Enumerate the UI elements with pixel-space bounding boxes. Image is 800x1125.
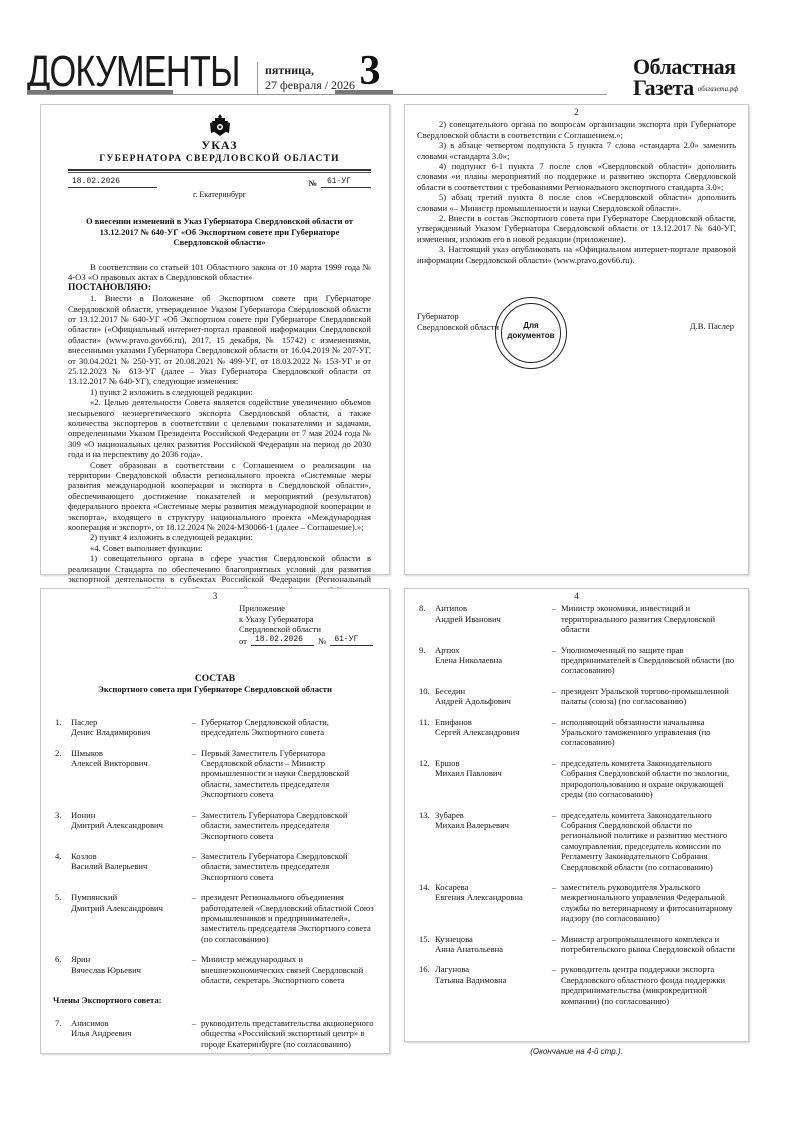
dash: – [547,717,561,748]
member-role: руководитель представительства акционерн… [201,1018,377,1049]
dash: – [547,934,561,955]
dash: – [547,603,561,634]
decree-title: О внесении изменений в Указ Губернатора … [78,216,361,248]
member-row: 15.КузнецоваАнна Анатольевна–Министр агр… [417,934,736,955]
number-sign: № [308,178,317,188]
document-page-2: 2 2) совещательного органа по вопросам о… [404,104,749,575]
coat-of-arms-icon [209,113,231,137]
page-number-underline [335,90,393,94]
member-row: 14.КосареваЕвгения Александровна–замести… [417,882,736,924]
member-role: исполняющий обязанности начальника Ураль… [561,717,736,748]
member-row: 11.ЕпифановСергей Александрович–исполняю… [417,717,736,748]
member-name: ИонинДмитрий Александрович [71,810,187,841]
brand-line-1: Областная [633,56,738,77]
document-page-4: 4 8.АнтиповАндрей Иванович–Министр эконо… [404,588,749,1042]
dash: – [547,645,561,676]
dash: – [547,686,561,707]
issuer: ГУБЕРНАТОРА СВЕРДЛОВСКОЙ ОБЛАСТИ [68,153,371,165]
member-row: 12.ЕршовМихаил Павлович–председатель ком… [417,758,736,800]
newspaper-logo: Областная Газетаоблгазета.рф [633,56,738,100]
appendix-number-sign: № [318,636,326,646]
member-name: ЕпифановСергей Александрович [435,717,547,748]
member-number: 11. [417,717,435,748]
member-name: АнтиповАндрей Иванович [435,603,547,634]
dash: – [187,892,201,944]
member-role: председатель комитета Законодательного С… [561,758,736,800]
member-role: Уполномоченный по защите прав предприним… [561,645,736,676]
paragraph: 2. Внести в состав Экспортного совета пр… [417,213,736,244]
dash: – [547,964,561,1006]
paragraph: 3. Настоящий указ опубликовать на «Офици… [417,244,736,265]
composition-heading: СОСТАВ [53,674,377,684]
section-title: ДОКУМЕНТЫ [27,50,240,94]
member-role: Министр международных и внешнеэкономичес… [201,954,377,985]
city: г. Екатеринбург [68,190,371,200]
header-double-rule [68,169,371,173]
member-name: АртюхЕлена Николаевна [435,645,547,676]
registration-number: 61-УГ [321,177,371,188]
member-name: КосареваЕвгения Александровна [435,882,547,924]
dash: – [187,851,201,882]
member-number: 14. [417,882,435,924]
member-number: 12. [417,758,435,800]
paragraph: «4. Совет выполняет функции: [68,543,371,553]
paragraph: 1) пункт 2 изложить в следующей редакции… [68,387,371,397]
brand-site: облгазета.рф [698,85,739,93]
members-list: 7.АнисимовИлья Андреевич–руководитель пр… [53,1018,377,1049]
member-role: председатель комитета Законодательного С… [561,810,736,872]
resolve-heading: ПОСТАНОВЛЯЮ: [68,283,371,293]
signatory-role-line-2: Свердловской области [417,322,499,332]
page-number: 4 [417,591,736,601]
newspaper-page-number: 3 [344,50,396,92]
appendix-from: от [239,636,247,646]
member-number: 9. [417,645,435,676]
member-role: президент Уральской торгово-промышленной… [561,686,736,707]
header-divider [257,62,258,94]
member-row: 7.АнисимовИлья Андреевич–руководитель пр… [53,1018,377,1049]
paragraph: 2) совещательного органа по вопросам орг… [417,119,736,140]
paragraph: Совет образован в соответствии с Соглаше… [68,460,371,533]
preamble: В соответствии со статьей 101 Областного… [68,262,371,283]
paragraph: 5) абзац третий пункта 8 после слов «Све… [417,192,736,213]
member-row: 13.ЗубаревМихаил Валерьевич–председатель… [417,810,736,872]
member-role: президент Регионального объединения рабо… [201,892,377,944]
member-role: Министр экономики, инвестиций и территор… [561,603,736,634]
member-number: 1. [53,717,71,738]
member-number: 13. [417,810,435,872]
member-name: БесединАндрей Адольфович [435,686,547,707]
dash: – [187,717,201,738]
member-row: 9.АртюхЕлена Николаевна–Уполномоченный п… [417,645,736,676]
continuation-note: (Окончание на 4-й стр.). [404,1047,749,1056]
signatory-role-line-1: Губернатор [417,311,499,321]
members-heading: Члены Экспортного совета: [53,995,377,1005]
member-name: КозловВасилий Валерьевич [71,851,187,882]
leadership-list: 1.ПаслерДенис Владимирович–Губернатор Св… [53,717,377,986]
member-role: Министр агропромышленного комплекса и по… [561,934,736,955]
paragraph: 2) пункт 4 изложить в следующей редакции… [68,532,371,542]
member-row: 16.ЛагуноваТатьяна Вадимовна–руководител… [417,964,736,1006]
dash: – [547,810,561,872]
dash: – [187,810,201,841]
member-role: Заместитель Губернатора Свердловской обл… [201,851,377,882]
appendix-line-3: Свердловской области [239,624,377,634]
appendix-line-1: Приложение [239,603,377,613]
document-page-1: УКАЗ ГУБЕРНАТОРА СВЕРДЛОВСКОЙ ОБЛАСТИ 18… [40,104,390,575]
member-row: 1.ПаслерДенис Владимирович–Губернатор Св… [53,717,377,738]
member-number: 2. [53,748,71,800]
member-number: 16. [417,964,435,1006]
official-stamp-icon: Для документов [495,297,567,369]
member-name: КузнецоваАнна Анатольевна [435,934,547,955]
stamp-line-2: документов [496,331,566,341]
member-name: ПумпянскийДмитрий Александрович [71,892,187,944]
paragraph: 1. Внести в Положение об Экспортном сове… [68,293,371,387]
member-row: 8.АнтиповАндрей Иванович–Министр экономи… [417,603,736,634]
member-number: 10. [417,686,435,707]
member-name: ШмыковАлексей Викторович [71,748,187,800]
member-number: 8. [417,603,435,634]
paragraph: «2. Целью деятельности Совета является с… [68,397,371,459]
signatory-name: Д.В. Паслер [690,321,734,331]
document-type: УКАЗ [68,139,371,152]
dash: – [187,954,201,985]
document-page-3: 3 Приложение к Указу Губернатора Свердло… [40,588,390,1054]
member-name: ЕршовМихаил Павлович [435,758,547,800]
member-name: ПаслерДенис Владимирович [71,717,187,738]
member-number: 3. [53,810,71,841]
member-name: ЛагуноваТатьяна Вадимовна [435,964,547,1006]
member-name: АнисимовИлья Андреевич [71,1018,187,1049]
composition-subheading: Экспортного совета при Губернаторе Сверд… [53,684,377,694]
member-number: 5. [53,892,71,944]
member-role: Заместитель Губернатора Свердловской обл… [201,810,377,841]
registration-line: 18.02.2026 №61-УГ [68,176,371,188]
appendix-number: 61-УГ [330,635,373,646]
page-number: 2 [417,107,736,117]
brand-line-2: Газета [633,75,694,100]
dash: – [547,758,561,800]
stamp-line-1: Для [496,321,566,331]
signature-block: Губернатор Свердловской области Для доку… [417,293,736,403]
member-number: 4. [53,851,71,882]
masthead: ДОКУМЕНТЫ пятница, 27 февраля / 2026 3 О… [0,0,800,100]
header-rule [27,94,607,95]
member-row: 3.ИонинДмитрий Александрович–Заместитель… [53,810,377,841]
member-number: 7. [53,1018,71,1049]
member-name: ЯринВячеслав Юрьевич [71,954,187,985]
member-row: 10.БесединАндрей Адольфович–президент Ур… [417,686,736,707]
member-role: руководитель центра поддержки экспорта С… [561,964,736,1006]
signatory-role: Губернатор Свердловской области [417,311,499,332]
member-role: заместитель руководителя Уральского межр… [561,882,736,924]
appendix-line-2: к Указу Губернатора [239,614,377,624]
member-role: Губернатор Свердловской области, председ… [201,717,377,738]
issue-date: пятница, 27 февраля / 2026 [265,63,355,93]
member-name: ЗубаревМихаил Валерьевич [435,810,547,872]
member-row: 4.КозловВасилий Валерьевич–Заместитель Г… [53,851,377,882]
members-list: 8.АнтиповАндрей Иванович–Министр экономи… [417,603,736,1006]
dash: – [187,748,201,800]
dash: – [187,1018,201,1049]
member-number: 6. [53,954,71,985]
paragraph: 3) в абзаце четвертом подпункта 5 пункта… [417,140,736,161]
member-row: 5.ПумпянскийДмитрий Александрович–презид… [53,892,377,944]
dash: – [547,882,561,924]
weekday: пятница, [265,63,355,78]
appendix-reference: Приложение к Указу Губернатора Свердловс… [239,603,377,646]
paragraph: 4) подпункт 6-1 пункта 7 после слов «Све… [417,161,736,192]
registration-date: 18.02.2026 [68,177,157,188]
member-role: Первый Заместитель Губернатора Свердловс… [201,748,377,800]
member-number: 15. [417,934,435,955]
member-row: 2.ШмыковАлексей Викторович–Первый Замест… [53,748,377,800]
appendix-date: 18.02.2026 [251,635,314,646]
member-row: 6.ЯринВячеслав Юрьевич–Министр междунаро… [53,954,377,985]
page-number: 3 [53,591,377,601]
